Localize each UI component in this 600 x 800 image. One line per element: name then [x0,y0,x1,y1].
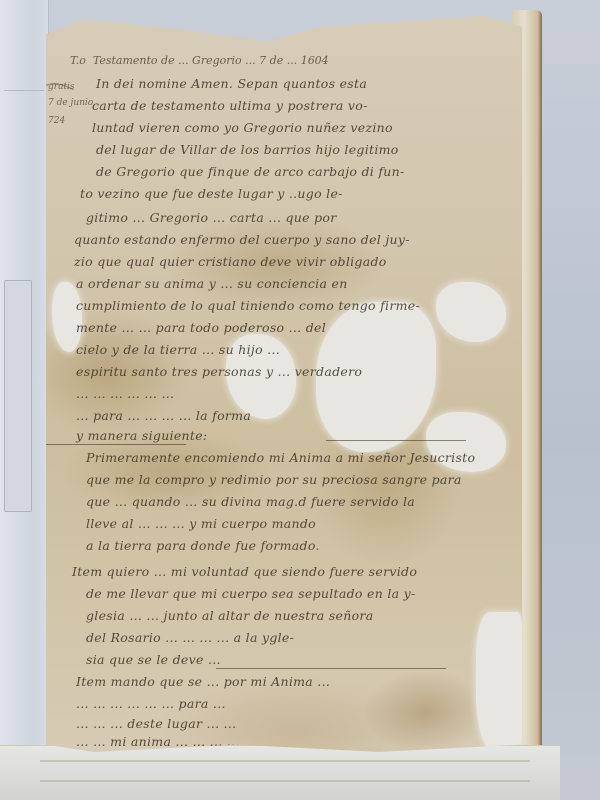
mounting-board-panel [4,20,44,91]
underlying-sheet [0,745,560,800]
text-line: y manera siguiente: [76,428,207,443]
text-line: que ... quando ... su divina mag.d fuere… [86,494,415,509]
text-line: que me la compro y redimio por su precio… [86,472,462,487]
text-line: lleve al ... ... ... y mi cuerpo mando [86,516,316,531]
text-line: espiritu santo tres personas y ... verda… [76,364,362,379]
ruled-line [216,668,446,669]
text-line: cumplimiento de lo qual tiniendo como te… [76,298,420,313]
text-line: glesia ... ... junto al altar de nuestra… [86,608,373,623]
paper-loss [476,612,522,752]
heading-text: Testamento de ... Gregorio ... 7 de ... … [93,54,329,67]
text-line: a la tierra para donde fue formado. [86,538,320,553]
document-heading: T.o Testamento de ... Gregorio ... 7 de … [70,54,329,67]
sheet-fold [40,760,530,762]
text-line: luntad vieren como yo Gregorio nuñez vez… [92,120,393,135]
text-line: mente ... ... para todo poderoso ... del [76,320,326,335]
text-line: sia que se le deve ... [86,652,221,667]
text-line: de me llevar que mi cuerpo sea sepultado… [86,586,416,601]
text-line: ... ... ... ... ... ... para ... [76,696,226,711]
text-line: ... ... ... ... ... ... [76,386,174,401]
text-line: Item mando que se ... por mi Anima ... [76,674,330,689]
text-line: del Rosario ... ... ... ... a la ygle- [86,630,294,645]
text-line: ... ... ... deste lugar ... ... [76,716,236,731]
text-line: Primeramente encomiendo mi Anima a mi se… [86,450,475,465]
ruled-line [46,444,186,445]
text-line: Item quiero ... mi voluntad que siendo f… [72,564,417,579]
text-line: carta de testamento ultima y postrera vo… [92,98,368,113]
text-line: del lugar de Villar de los barrios hijo … [96,142,399,157]
text-line: a ordenar su anima y ... su conciencia e… [76,276,348,291]
mounting-board-left [0,0,49,800]
manuscript-page: T.o Testamento de ... Gregorio ... 7 de … [46,12,522,752]
mounting-board-strip [4,280,32,512]
text-line: ... para ... ... ... ... la forma [76,408,251,423]
ruled-line [326,440,466,441]
text-line: In dei nomine Amen. Sepan quantos esta [96,76,367,91]
sheet-fold [40,780,530,782]
heading-prefix: T.o [70,54,86,67]
paper-loss [436,282,506,342]
text-line: cielo y de la tierra ... su hijo ... [76,342,280,357]
